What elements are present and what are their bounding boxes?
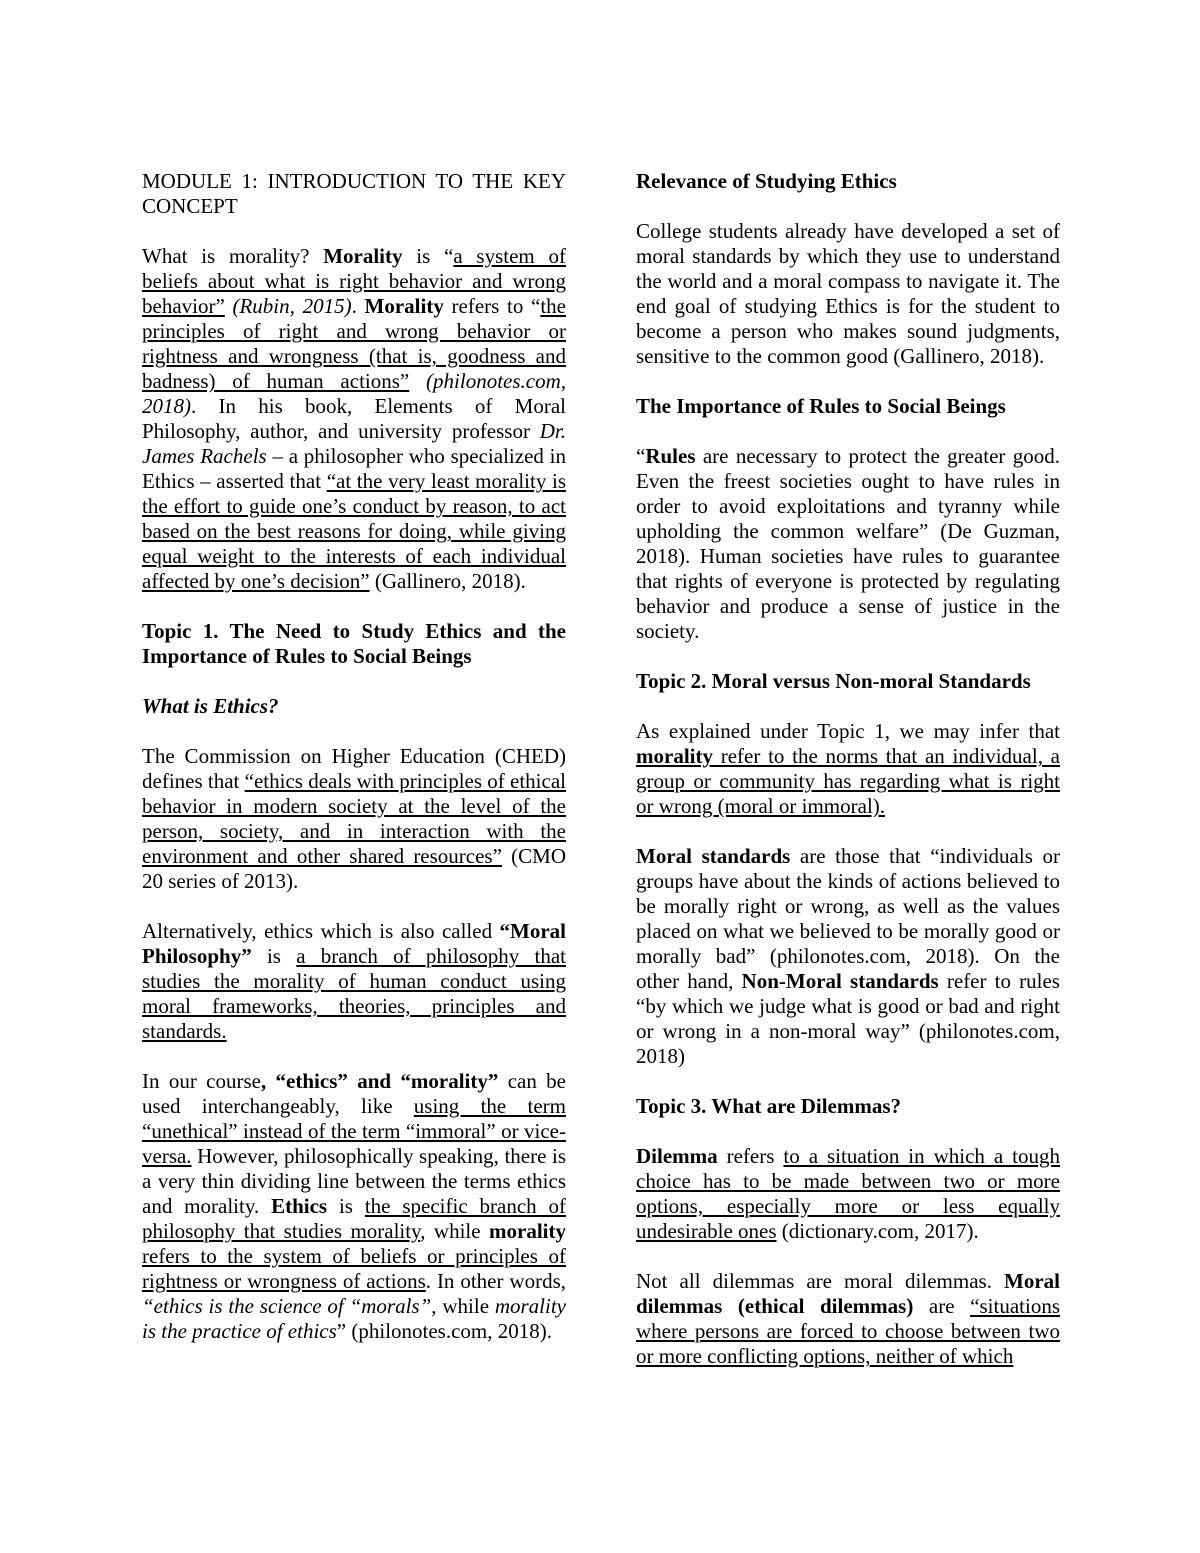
text-run: Not all dilemmas are moral dilemmas. xyxy=(636,1269,1004,1293)
section-heading: Topic 1. The Need to Study Ethics and th… xyxy=(142,619,566,669)
text-run: MODULE 1: INTRODUCTION TO THE KEY CONCEP… xyxy=(142,169,566,218)
text-run: Non-Moral standards xyxy=(742,969,939,993)
subsection-heading: What is Ethics? xyxy=(142,694,566,719)
text-run xyxy=(409,369,426,393)
paragraph: As explained under Topic 1, we may infer… xyxy=(636,719,1060,819)
text-run: In our course xyxy=(142,1069,261,1093)
text-run: is “ xyxy=(403,244,454,268)
paragraph: In our course, “ethics” and “morality” c… xyxy=(142,1069,566,1344)
paragraph: Alternatively, ethics which is also call… xyxy=(142,919,566,1044)
text-run: What is morality? xyxy=(142,244,323,268)
text-run: are xyxy=(913,1294,970,1318)
text-run: Topic 2. Moral versus Non-moral Standard… xyxy=(636,669,1031,693)
section-heading: Topic 2. Moral versus Non-moral Standard… xyxy=(636,669,1060,694)
text-run: (Gallinero, 2018). xyxy=(370,569,526,593)
text-run: refers xyxy=(718,1144,784,1168)
text-run: Ethics xyxy=(271,1194,327,1218)
paragraph: Moral standards are those that “individu… xyxy=(636,844,1060,1069)
section-heading: Topic 3. What are Dilemmas? xyxy=(636,1094,1060,1119)
text-run: Moral standards xyxy=(636,844,790,868)
text-run: (dictionary.com, 2017). xyxy=(777,1219,979,1243)
text-run: morality xyxy=(636,744,713,768)
text-run: . In other words, xyxy=(426,1269,566,1293)
right-column: Relevance of Studying EthicsCollege stud… xyxy=(636,169,1060,1394)
document-page: MODULE 1: INTRODUCTION TO THE KEY CONCEP… xyxy=(0,0,1200,1553)
text-run: , “ethics” and “morality” xyxy=(261,1069,498,1093)
text-run: The Importance of Rules to Social Beings xyxy=(636,394,1006,418)
section-heading: The Importance of Rules to Social Beings xyxy=(636,394,1060,419)
text-run: , while xyxy=(420,1219,489,1243)
text-run: . xyxy=(352,294,365,318)
text-run: Topic 1. The Need to Study Ethics and th… xyxy=(142,619,566,668)
paragraph: College students already have developed … xyxy=(636,219,1060,369)
text-run: As explained under Topic 1, we may infer… xyxy=(636,719,1060,743)
text-run: Topic 3. What are Dilemmas? xyxy=(636,1094,901,1118)
paragraph: The Commission on Higher Education (CHED… xyxy=(142,744,566,894)
text-run: ” (philonotes.com, 2018). xyxy=(337,1319,552,1343)
text-run: (Rubin, 2015) xyxy=(232,294,351,318)
left-column: MODULE 1: INTRODUCTION TO THE KEY CONCEP… xyxy=(142,169,566,1369)
text-run: Rules xyxy=(645,444,695,468)
text-run: Dilemma xyxy=(636,1144,718,1168)
text-run: What is Ethics? xyxy=(142,694,279,718)
paragraph: “Rules are necessary to protect the grea… xyxy=(636,444,1060,644)
text-run: College students already have developed … xyxy=(636,219,1060,368)
paragraph: Not all dilemmas are moral dilemmas. Mor… xyxy=(636,1269,1060,1369)
text-run: Morality xyxy=(323,244,402,268)
text-run: refers to “ xyxy=(444,294,541,318)
text-run: are necessary to protect the greater goo… xyxy=(636,444,1060,643)
text-run: Morality xyxy=(365,294,444,318)
paragraph: Dilemma refers to a situation in which a… xyxy=(636,1144,1060,1244)
module-title: MODULE 1: INTRODUCTION TO THE KEY CONCEP… xyxy=(142,169,566,219)
text-run: , while xyxy=(431,1294,495,1318)
text-run: is xyxy=(252,944,297,968)
text-run: . In his book, Elements of Moral Philoso… xyxy=(142,394,566,443)
text-run: Relevance of Studying Ethics xyxy=(636,169,897,193)
text-run: “ethics is the science of “morals” xyxy=(142,1294,431,1318)
text-run: “ xyxy=(636,444,645,468)
text-run: morality xyxy=(489,1219,566,1243)
text-run: is xyxy=(327,1194,365,1218)
section-heading: Relevance of Studying Ethics xyxy=(636,169,1060,194)
paragraph: What is morality? Morality is “a system … xyxy=(142,244,566,594)
text-run: Alternatively, ethics which is also call… xyxy=(142,919,500,943)
